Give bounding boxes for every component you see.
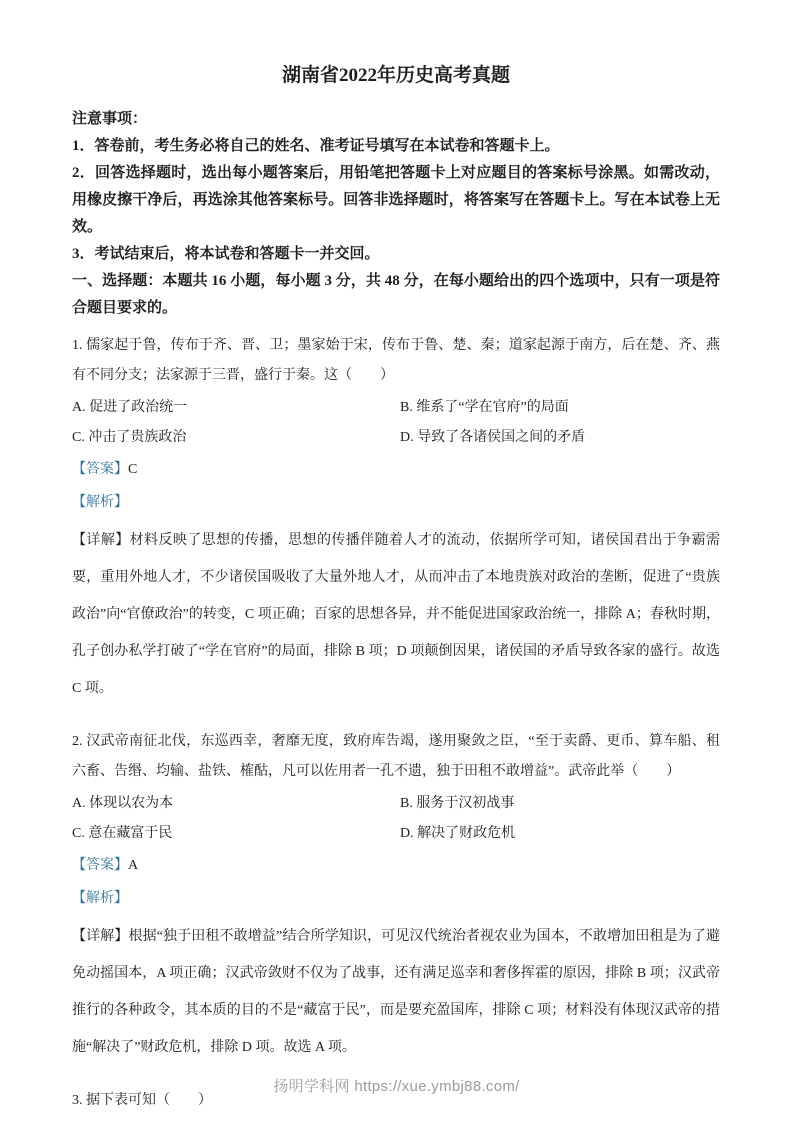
question-2-answer-value: A: [128, 858, 138, 873]
exam-document-page: 湖南省2022年历史高考真题 注意事项： 1．答卷前，考生务必将自己的姓名、准考…: [0, 0, 793, 1122]
notice-item-2: 2．回答选择题时，选出每小题答案后，用铅笔把答题卡上对应题目的答案标号涂黑。如需…: [72, 160, 720, 241]
answer-label: 【答案】: [72, 462, 128, 477]
analysis-label: 【解析】: [72, 891, 128, 906]
question-1-option-c: C. 冲击了贵族政治: [72, 423, 400, 453]
question-1-option-d: D. 导致了各诸侯国之间的矛盾: [400, 423, 720, 453]
question-1-options: A. 促进了政治统一 B. 维系了“学在官府”的局面 C. 冲击了贵族政治 D.…: [72, 393, 720, 453]
question-1-detail: 【详解】材料反映了思想的传播，思想的传播伴随着人才的流动，依据所学可知，诸侯国君…: [72, 522, 720, 707]
analysis-label: 【解析】: [72, 495, 128, 510]
answer-label: 【答案】: [72, 858, 128, 873]
question-1-answer-line: 【答案】C: [72, 454, 720, 486]
question-2-option-d: D. 解决了财政危机: [400, 819, 720, 849]
question-2-detail: 【详解】根据“独于田租不敢增益”结合所学知识，可见汉代统治者视农业为国本，不敢增…: [72, 918, 720, 1066]
question-1: 1. 儒家起于鲁，传布于齐、晋、卫；墨家始于宋，传布于鲁、楚、秦；道家起源于南方…: [72, 331, 720, 707]
section-heading: 一、选择题：本题共 16 小题，每小题 3 分，共 48 分，在每小题给出的四个…: [72, 268, 720, 322]
page-title: 湖南省2022年历史高考真题: [72, 60, 720, 92]
page-content: 湖南省2022年历史高考真题 注意事项： 1．答卷前，考生务必将自己的姓名、准考…: [0, 0, 793, 1116]
notice-section: 注意事项： 1．答卷前，考生务必将自己的姓名、准考证号填写在本试卷和答题卡上。 …: [72, 106, 720, 268]
question-2-option-c: C. 意在藏富于民: [72, 819, 400, 849]
question-1-option-a: A. 促进了政治统一: [72, 393, 400, 423]
detail-label: 【详解】: [72, 533, 130, 548]
question-1-stem: 1. 儒家起于鲁，传布于齐、晋、卫；墨家始于宋，传布于鲁、楚、秦；道家起源于南方…: [72, 331, 720, 391]
question-1-analysis-line: 【解析】: [72, 487, 720, 519]
notice-heading: 注意事项：: [72, 106, 720, 133]
question-2-option-b: B. 服务于汉初战事: [400, 789, 720, 819]
question-2-answer-line: 【答案】A: [72, 850, 720, 882]
question-2-option-a: A. 体现以农为本: [72, 789, 400, 819]
question-1-option-b: B. 维系了“学在官府”的局面: [400, 393, 720, 423]
question-1-detail-text: 材料反映了思想的传播，思想的传播伴随着人才的流动，依据所学可知，诸侯国君出于争霸…: [72, 533, 720, 696]
footer-site-name: 扬明学科网: [273, 1078, 350, 1095]
question-2-detail-text: 根据“独于田租不敢增益”结合所学知识，可见汉代统治者视农业为国本，不敢增加田租是…: [72, 929, 720, 1055]
footer-watermark: 扬明学科网 https://xue.ymbj88.com/: [0, 1075, 793, 1096]
question-2-stem: 2. 汉武帝南征北伐，东巡西幸，奢靡无度，致府库告竭，遂用聚敛之臣，“至于卖爵、…: [72, 727, 720, 787]
notice-item-1: 1．答卷前，考生务必将自己的姓名、准考证号填写在本试卷和答题卡上。: [72, 133, 720, 160]
question-2-analysis-line: 【解析】: [72, 883, 720, 915]
detail-label: 【详解】: [72, 929, 128, 944]
notice-item-3: 3．考试结束后，将本试卷和答题卡一并交回。: [72, 241, 720, 268]
question-2: 2. 汉武帝南征北伐，东巡西幸，奢靡无度，致府库告竭，遂用聚敛之臣，“至于卖爵、…: [72, 727, 720, 1066]
footer-url: https://xue.ymbj88.com/: [354, 1078, 519, 1095]
question-2-options: A. 体现以农为本 B. 服务于汉初战事 C. 意在藏富于民 D. 解决了财政危…: [72, 789, 720, 849]
question-1-answer-value: C: [128, 462, 137, 477]
